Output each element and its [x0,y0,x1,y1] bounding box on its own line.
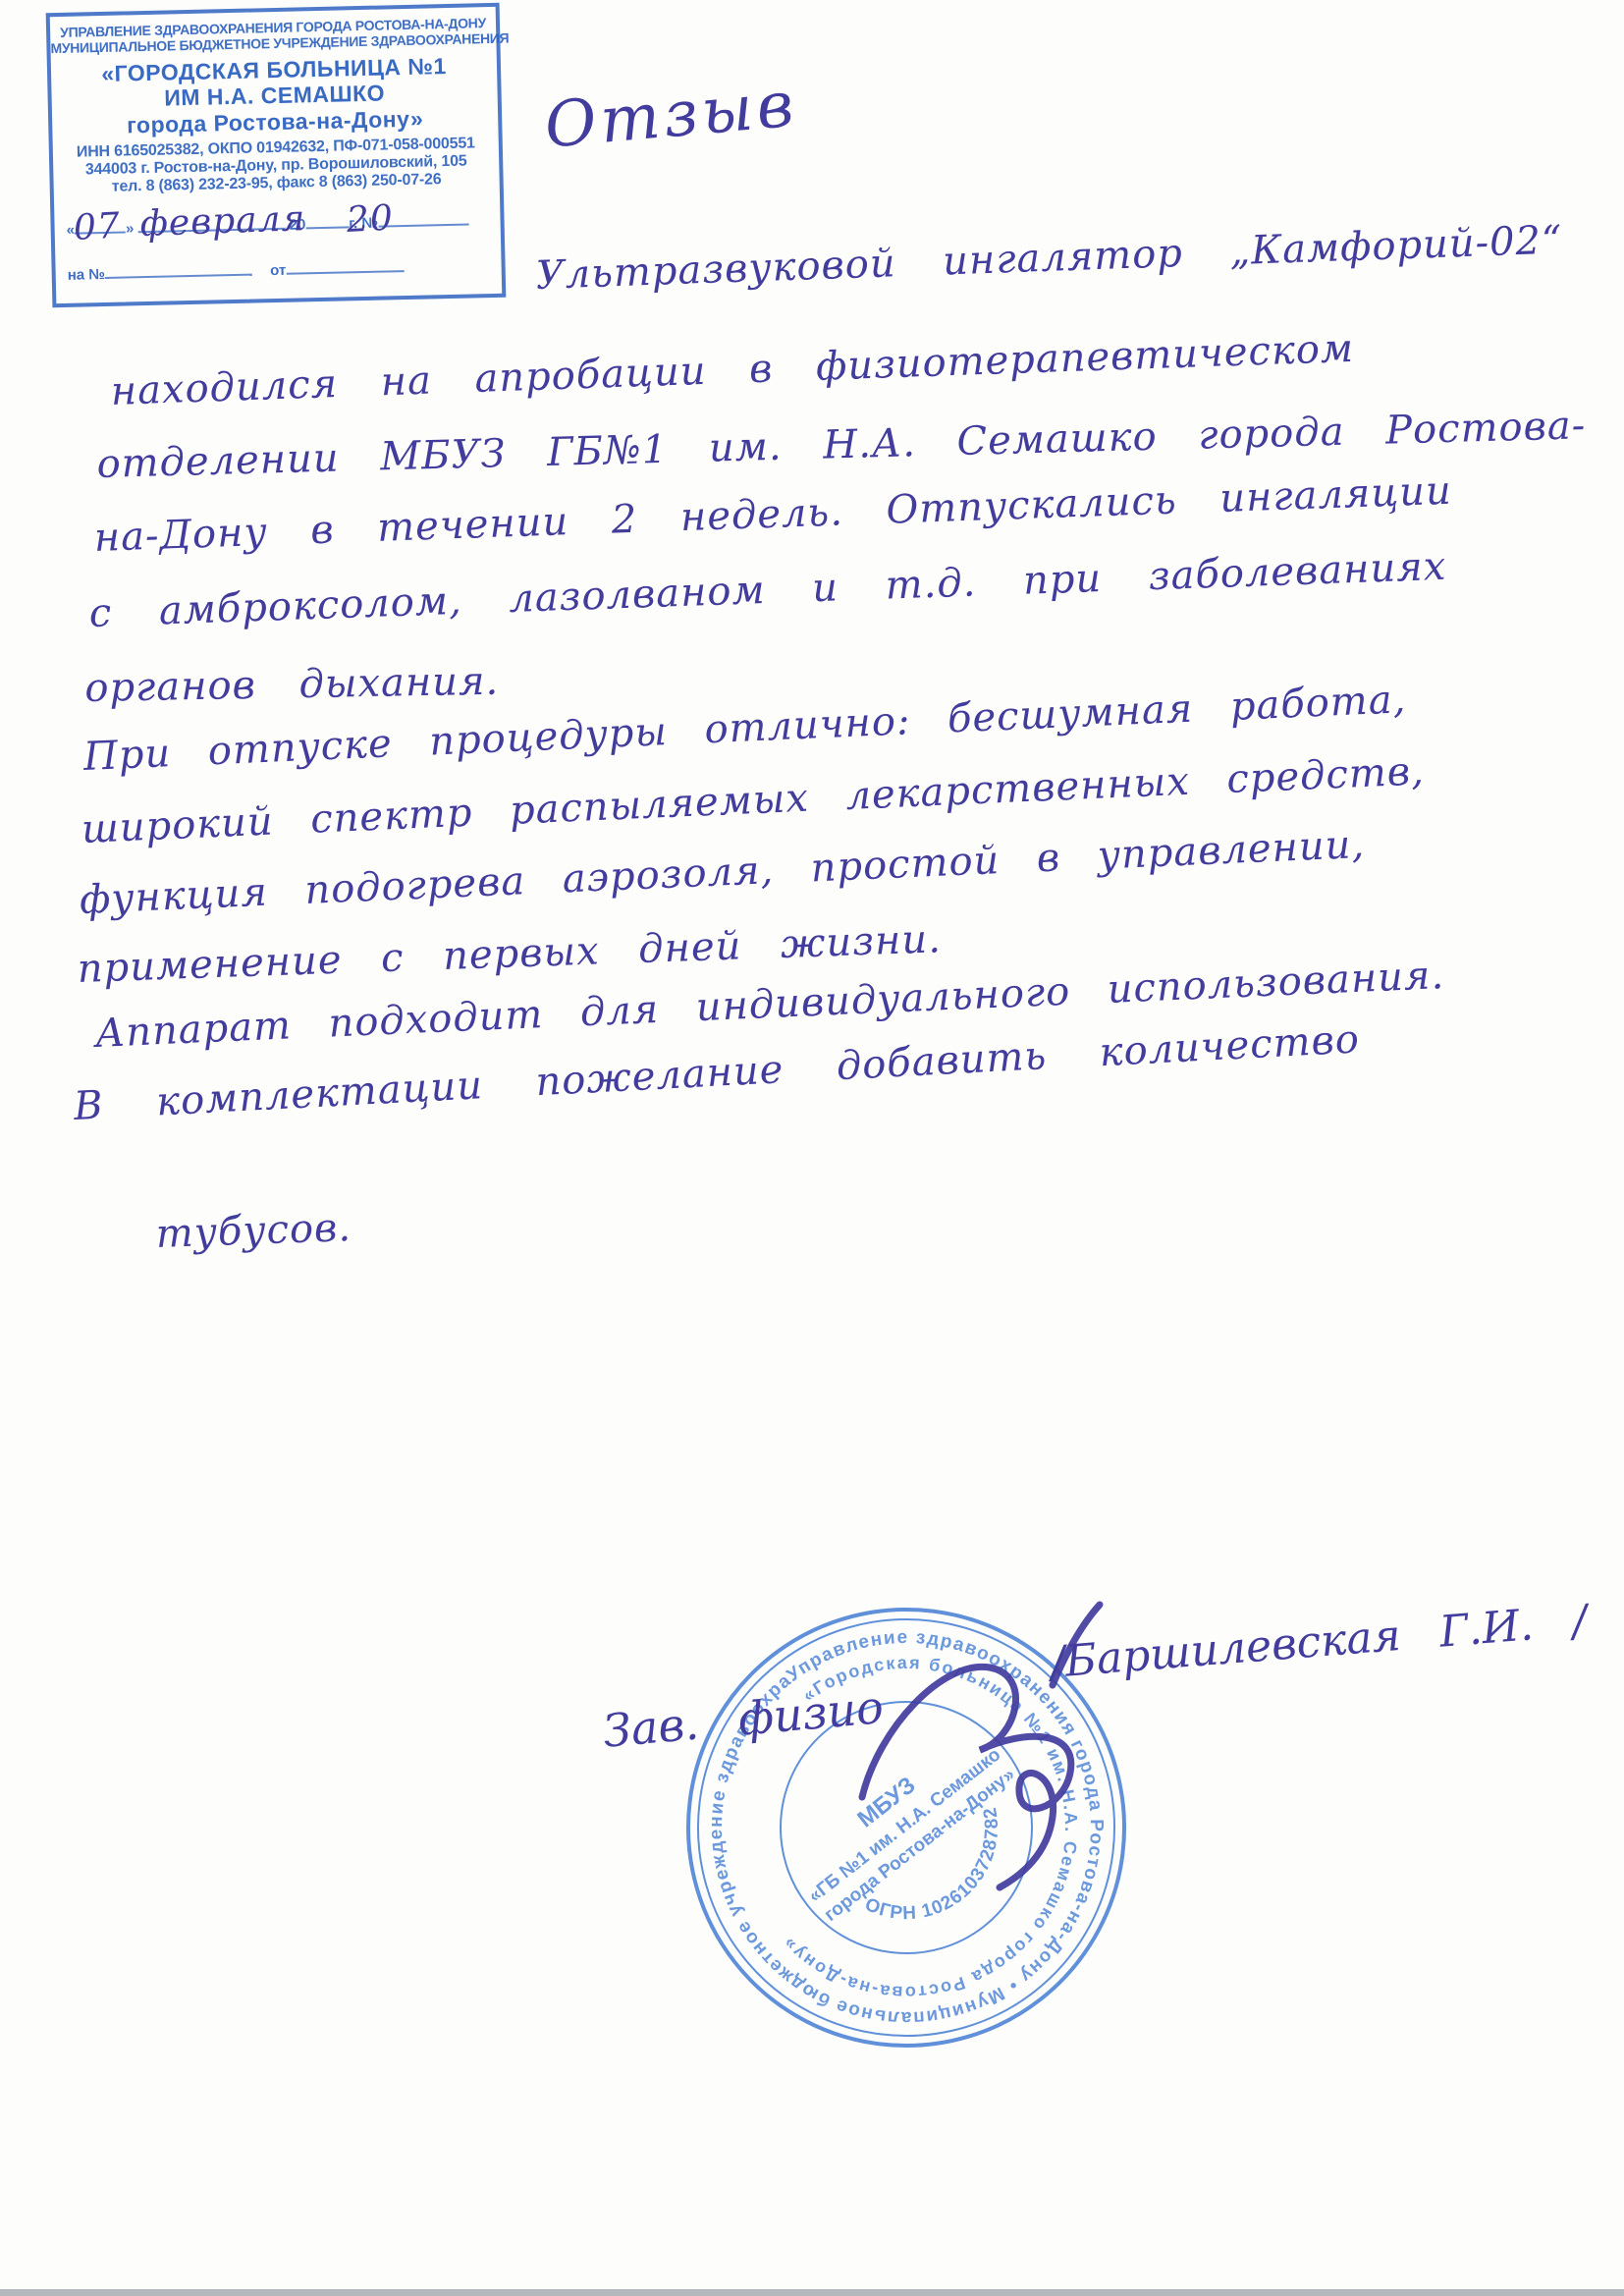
body-line: Ультразвуковой ингалятор „Камфорий-02“ [535,217,1563,298]
body-line: на-Дону в течении 2 недель. Отпускались … [93,468,1452,561]
scanned-document-page: УПРАВЛЕНИЕ ЗДРАВООХРАНЕНИЯ ГОРОДА РОСТОВ… [0,0,1624,2296]
handwritten-date-month: февраля [139,198,306,245]
scan-bottom-edge [0,2289,1624,2296]
na-no-label: на № [68,266,106,284]
header-rect-stamp: УПРАВЛЕНИЕ ЗДРАВООХРАНЕНИЯ ГОРОДА РОСТОВ… [46,3,507,307]
ot-blank [286,256,404,275]
body-line: тубусов. [155,1205,352,1257]
handwritten-date-year: 20 [346,197,395,240]
ot-label: от [270,262,287,279]
na-no-blank [105,260,252,279]
handwritten-date-day: 07 [73,205,122,247]
body-line: органов дыхания. [84,659,500,711]
body-line: с амброксолом, лазолваном и т.д. при заб… [88,544,1447,636]
date-close-quote: » [126,221,135,238]
body-line: находился на апробации в физиотерапевтич… [110,326,1355,414]
stamp-reference-form-row: на № от [55,254,501,284]
document-title: Отзыв [542,69,800,163]
year-blank [305,213,349,230]
